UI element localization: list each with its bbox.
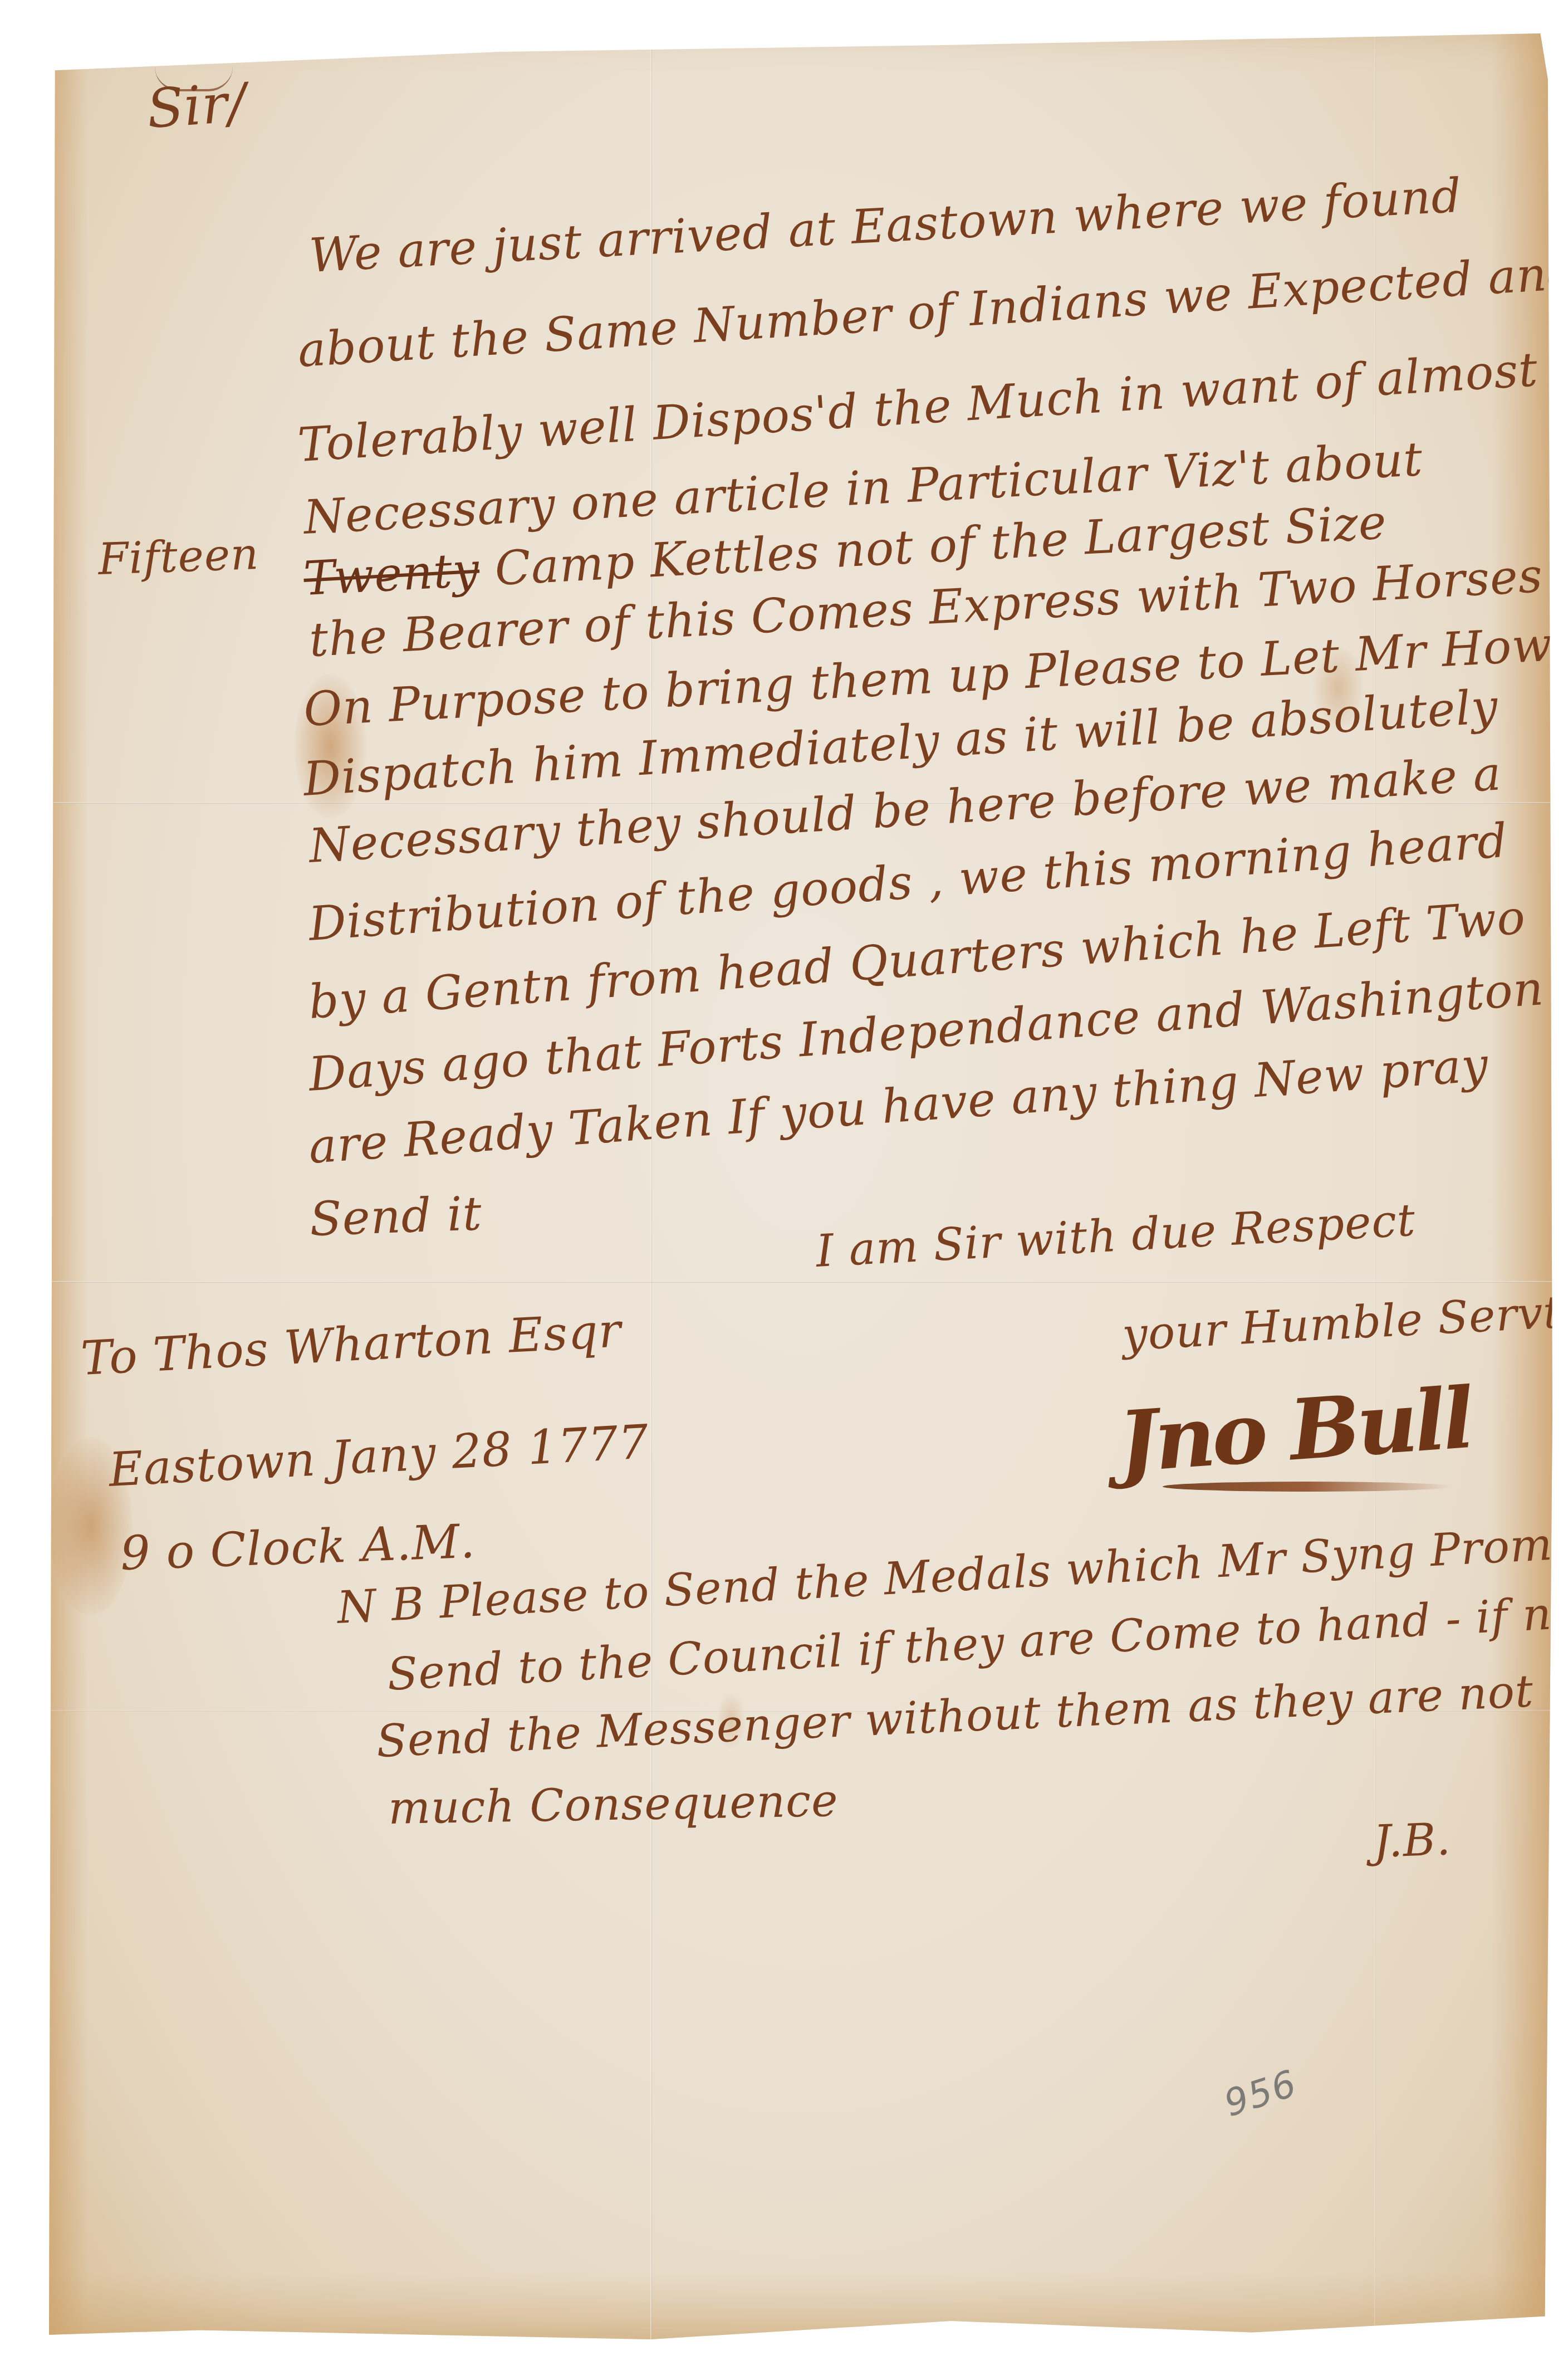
letter-page: Sir/ Fifteen We are just arrived at East… xyxy=(49,33,1552,2339)
date-line: Eastown Jany 28 1777 xyxy=(107,1414,650,1497)
body-line-14: Send it xyxy=(309,1186,483,1247)
fold-line-vertical xyxy=(650,33,652,2339)
recipient-line: To Thos Wharton Esqr xyxy=(80,1303,623,1386)
salutation: Sir/ xyxy=(145,71,248,140)
paper-edge-left xyxy=(49,33,88,2339)
struck-word: Twenty xyxy=(302,543,481,606)
closing-line: I am Sir with due Respect xyxy=(815,1194,1417,1277)
paper-edge-bottom xyxy=(49,2273,1552,2339)
fold-line-horizontal xyxy=(49,1281,1552,1283)
signature-flourish xyxy=(1163,1482,1452,1492)
time-line: 9 o Clock A.M. xyxy=(120,1514,477,1581)
margin-note: Fifteen xyxy=(97,529,260,585)
pencil-annotation: 956 xyxy=(1219,2061,1302,2125)
postscript-line-4: much Consequence xyxy=(388,1775,839,1834)
signature: Jno Bull xyxy=(1115,1369,1474,1492)
postscript-initials: J.B. xyxy=(1373,1813,1452,1868)
